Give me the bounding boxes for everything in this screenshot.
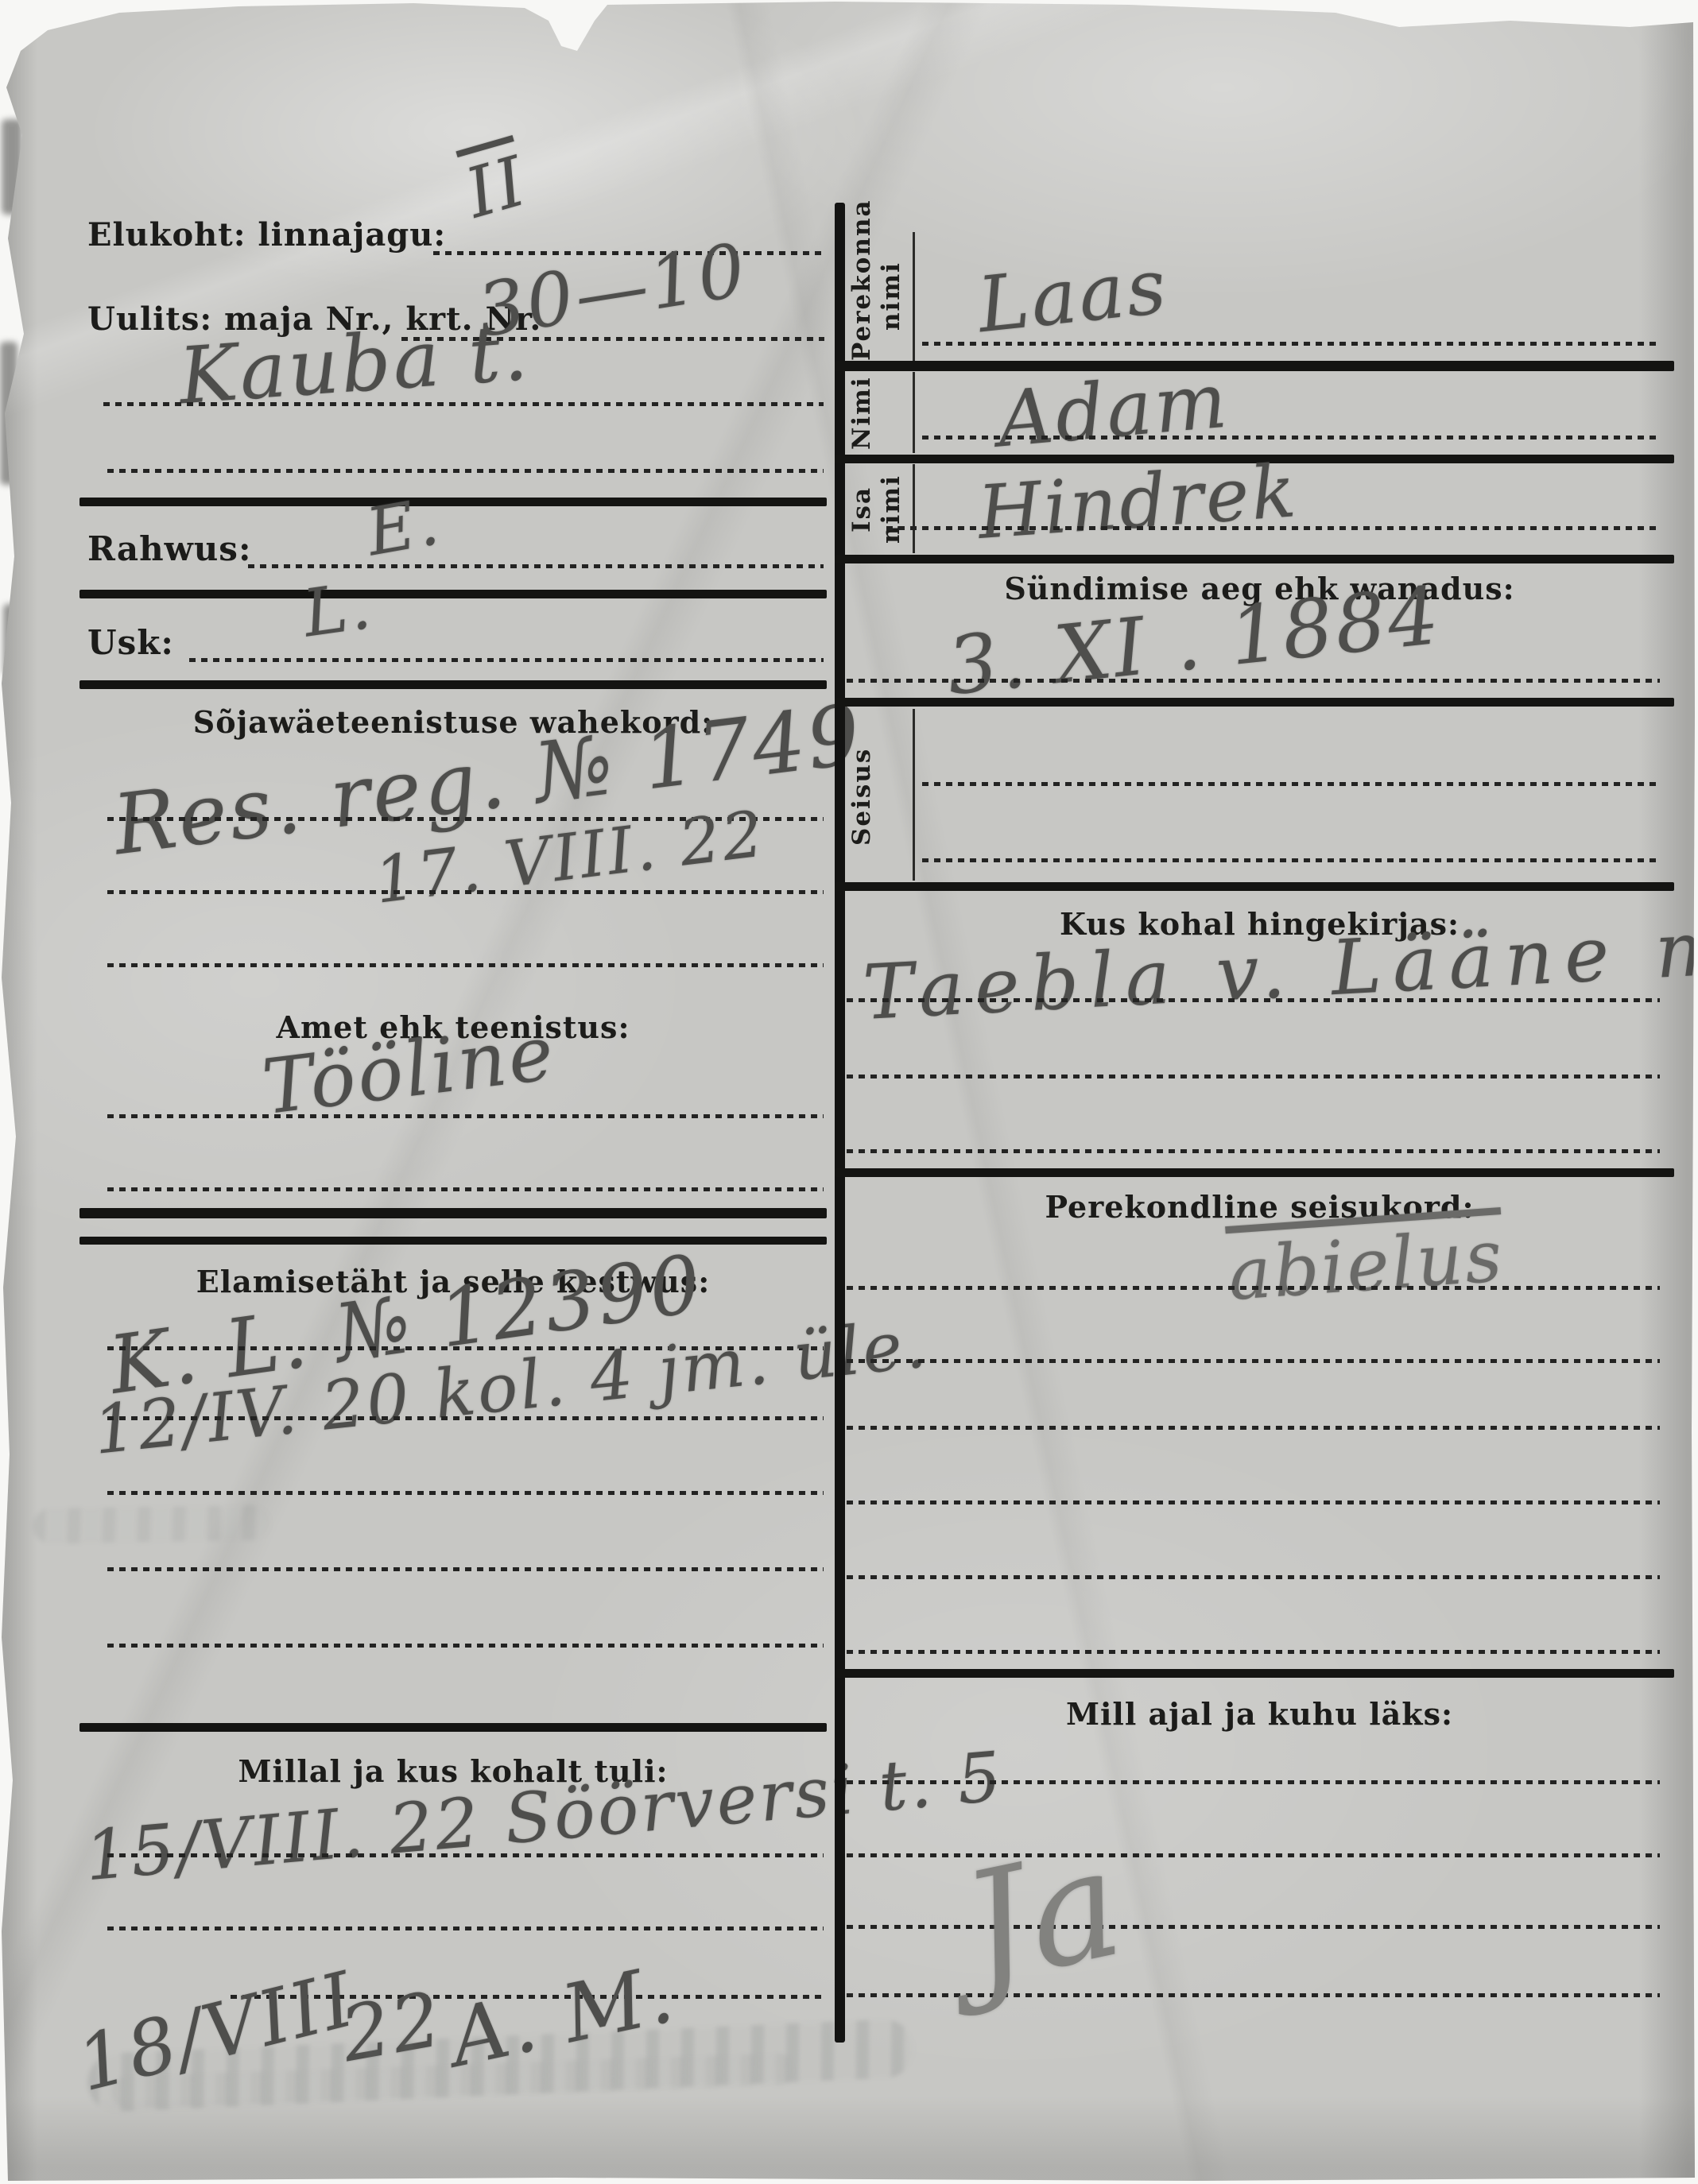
blank-line [847, 1993, 1660, 1997]
column-divider [835, 203, 845, 2043]
section-divider [835, 1168, 1674, 1177]
firstname-value: Adam [994, 356, 1233, 465]
family-status-value: abielus [1226, 1214, 1507, 1317]
religion-line [189, 658, 824, 662]
fathername-label: Isa nimi [847, 466, 909, 553]
blank-line [107, 1926, 824, 1930]
surname-rule [913, 232, 915, 361]
faded-stamp [33, 1504, 273, 1543]
family-line [847, 1286, 1660, 1290]
nationality-value: E. [361, 484, 446, 571]
arrival-line [107, 1853, 824, 1857]
status-rule [913, 709, 915, 881]
religion-value: L. [299, 567, 378, 652]
fathername-rule [913, 464, 915, 553]
residence-label: Elukoht: linnajagu: [87, 216, 446, 254]
blank-line [107, 1491, 824, 1495]
nationality-label: Rahwus: [87, 529, 251, 568]
section-divider [79, 498, 827, 506]
departure-header: Mill ajal ja kuhu läks: [845, 1696, 1674, 1732]
religion-label: Usk: [87, 623, 174, 662]
blank-line [107, 963, 824, 967]
blank-line [103, 402, 824, 406]
blank-line [922, 782, 1660, 786]
blank-line [847, 1149, 1660, 1153]
blank-line [922, 858, 1660, 862]
section-divider [835, 882, 1674, 891]
firstname-rule [913, 372, 915, 453]
section-divider [79, 590, 827, 598]
blank-line [847, 1359, 1660, 1363]
nationality-line [248, 564, 824, 568]
firstname-line [922, 436, 1660, 440]
blank-line [107, 469, 824, 473]
section-divider [835, 1669, 1674, 1678]
permit-line [107, 1416, 824, 1420]
blank-line [107, 1567, 824, 1571]
section-divider [79, 680, 827, 689]
section-divider [79, 1237, 827, 1245]
section-divider [79, 1723, 827, 1732]
scanned-paper-sheet: Elukoht: linnajagu: II Uulits: maja Nr.,… [0, 0, 1698, 2184]
blank-line [847, 1650, 1660, 1654]
blank-line [847, 1575, 1660, 1579]
blank-line [847, 1501, 1660, 1504]
blank-line [847, 1780, 1660, 1784]
departure-mark: Ja [949, 1814, 1138, 2018]
fathername-line [886, 526, 1660, 530]
family-status-header: Perekondline seisukord: [845, 1189, 1674, 1225]
parish-line [847, 998, 1660, 1002]
surname-line [922, 342, 1660, 346]
military-line [107, 890, 824, 894]
blank-line [847, 1426, 1660, 1430]
residence-value: II [458, 141, 537, 234]
blank-line [107, 1187, 824, 1191]
birthdate-line [847, 679, 1660, 683]
firstname-label: Nimi [847, 374, 909, 453]
blank-line [107, 1644, 824, 1648]
status-label: Seisus [847, 715, 909, 878]
surname-label: Perekonna nimi [847, 232, 909, 361]
fathername-value: Hindrek [975, 448, 1301, 556]
section-divider [835, 555, 1674, 563]
section-divider [835, 698, 1674, 707]
occupation-line [107, 1114, 824, 1118]
blank-line [847, 1075, 1660, 1078]
section-divider [835, 361, 1674, 371]
section-divider [79, 1208, 827, 1218]
surname-value: Laas [974, 242, 1173, 350]
